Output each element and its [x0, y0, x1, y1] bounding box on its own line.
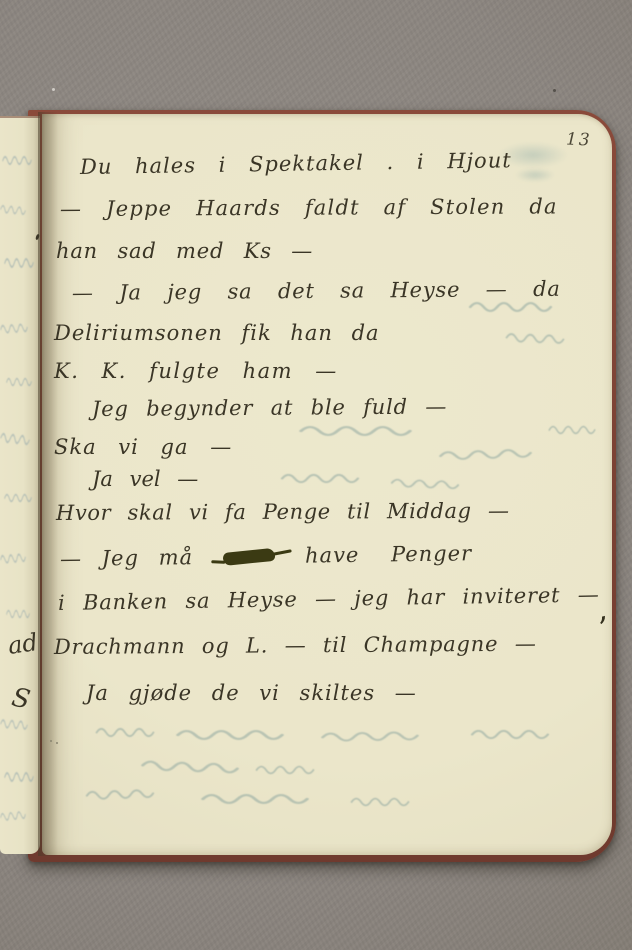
handwritten-line: Drachmann og L. — til Champagne —	[54, 631, 537, 660]
bleedthrough-mark	[200, 792, 310, 806]
handwritten-line: Ja vel —	[92, 466, 198, 492]
bleedthrough-mark	[6, 608, 30, 620]
bleedthrough-mark	[175, 728, 285, 742]
ink-speck	[56, 742, 58, 744]
handwritten-line: Ska vi ga —	[54, 434, 232, 460]
bleedthrough-mark	[4, 256, 34, 270]
handwritten-line: Jeg begynder at ble fuld —	[92, 394, 447, 422]
handwritten-line: Deliriumsonen fik han da	[54, 320, 380, 346]
bleedthrough-mark	[0, 551, 27, 566]
bleedthrough-mark	[320, 729, 420, 744]
bleedthrough-mark	[0, 809, 27, 824]
left-page-edge	[0, 116, 40, 854]
bleedthrough-mark	[0, 203, 26, 217]
bleedthrough-mark	[2, 154, 32, 167]
handwritten-line: — Ja jeg sa det sa Heyse — da	[72, 276, 561, 306]
bleedthrough-mark	[6, 376, 32, 388]
page-number: 13	[566, 130, 592, 151]
bleedthrough-mark	[255, 764, 315, 776]
handwritten-line: Hvor skal vi fa Penge til Middag —	[56, 498, 510, 526]
bleedthrough-mark	[298, 424, 413, 438]
paper-speck	[52, 88, 55, 91]
bleedthrough-mark	[470, 728, 550, 741]
bleedthrough-mark	[350, 796, 410, 808]
handwritten-line: Ja gjøde de vi skiltes —	[86, 680, 417, 706]
bleedthrough-mark	[548, 424, 596, 436]
bleedthrough-mark	[0, 430, 31, 447]
bleedthrough-smudge	[515, 168, 555, 182]
handwritten-line: — Jeppe Haards faldt af Stolen da	[60, 193, 558, 222]
handwritten-line: han sad med Ks —	[56, 238, 313, 264]
margin-ink-fragment: ad	[6, 628, 39, 660]
bleedthrough-mark	[505, 331, 565, 346]
bleedthrough-mark	[390, 477, 460, 491]
paper-speck	[553, 89, 556, 92]
handwritten-line: K. K. fulgte ham —	[54, 358, 338, 384]
bleedthrough-mark	[0, 717, 28, 732]
notebook-photograph: ad S 13 Du hales i Spektakel . i Hjout —…	[0, 0, 632, 950]
bleedthrough-mark	[95, 726, 155, 739]
handwritten-text: — Jeg må	[60, 544, 193, 572]
ink-speck	[50, 740, 52, 742]
bleedthrough-mark	[280, 472, 360, 485]
bleedthrough-mark	[85, 787, 155, 802]
ink-blot	[223, 547, 276, 565]
bleedthrough-mark	[4, 770, 34, 784]
handwritten-text: have Penger	[305, 540, 472, 568]
bleedthrough-mark	[4, 492, 32, 504]
bleedthrough-mark	[0, 321, 28, 336]
